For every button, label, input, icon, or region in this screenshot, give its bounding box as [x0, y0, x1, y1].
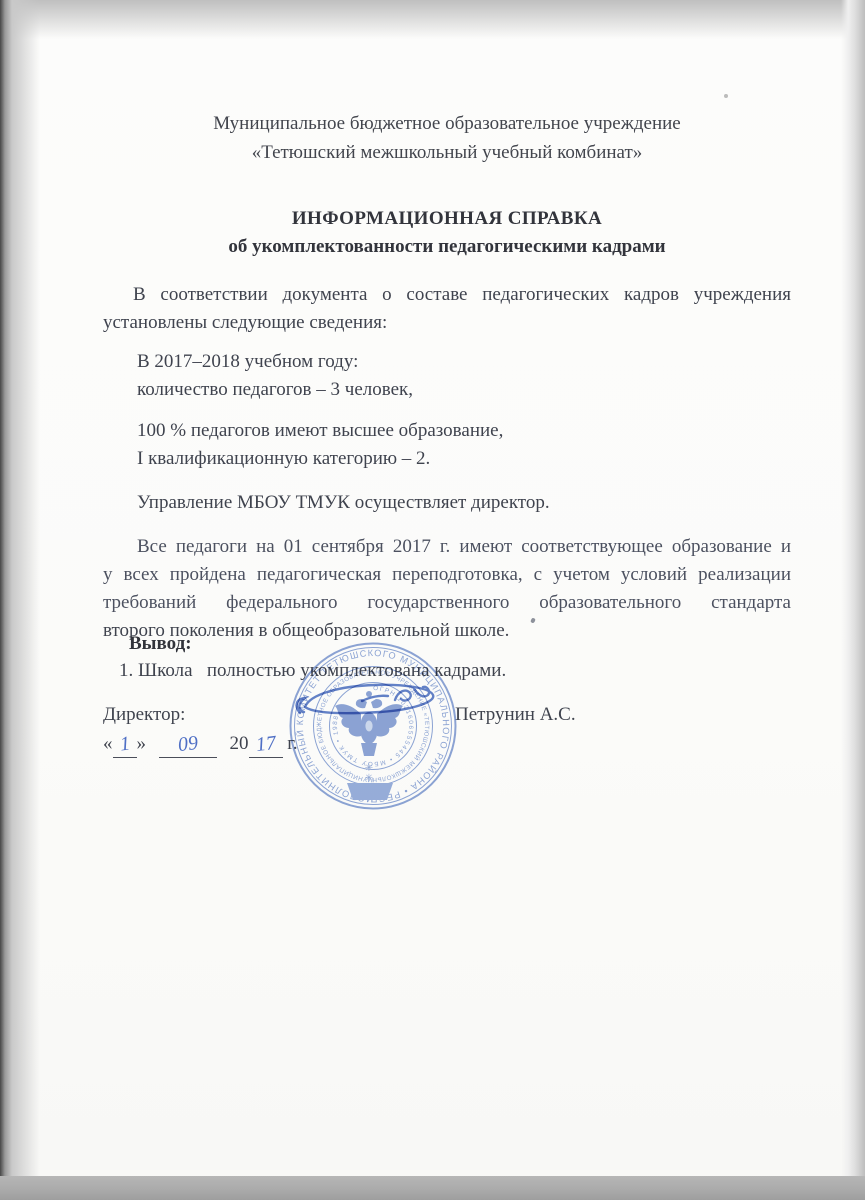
conclusion-label: Вывод: [103, 630, 817, 658]
scan-speck [724, 94, 728, 98]
management-line: Управление МБОУ ТМУК осуществляет директ… [103, 489, 825, 517]
paragraph-line-1: Все педагоги на 01 сентября 2017 г. имею… [103, 533, 791, 561]
open-quote: « [103, 733, 113, 754]
seal-star-mark-2: ✳ [365, 773, 373, 784]
scan-edge-left [0, 0, 42, 1200]
teacher-count-line: количество педагогов – 3 человек, [103, 376, 825, 404]
handwritten-month: 09 [176, 732, 199, 756]
date-day-slot: 1 [113, 733, 137, 758]
scan-edge-top [0, 0, 865, 46]
director-label: Директор: [103, 704, 185, 725]
date-year-slot: 17 [249, 733, 283, 758]
org-name-line2: «Тетюшский межшкольный учебный комбинат» [103, 139, 791, 167]
paragraph-line-2: у всех пройдена педагогическая переподго… [103, 561, 791, 589]
seal-banner-shape [347, 783, 393, 800]
year-prefix: 20 [230, 733, 249, 754]
doc-title: ИНФОРМАЦИОННАЯ СПРАВКА [103, 205, 791, 233]
handwritten-year: 17 [254, 732, 277, 756]
qualification-category-line: I квалификационную категорию – 2. [103, 445, 825, 473]
director-name: Петрунин А.С. [455, 701, 576, 729]
intro-line-1: В соответствии документа о составе педаг… [103, 281, 791, 309]
org-name-line1: Муниципальное бюджетное образовательное … [103, 110, 791, 138]
date-month-slot: 09 [159, 733, 217, 758]
scan-edge-right [841, 0, 865, 1200]
paragraph-line-3: требований федерального государственного… [103, 589, 791, 617]
scan-edge-bottom [0, 1176, 865, 1200]
close-quote: » [137, 733, 147, 754]
doc-subtitle: об укомплектованности педагогическими ка… [103, 233, 791, 261]
intro-line-2: установлены следующие сведения: [103, 309, 791, 337]
handwritten-day: 1 [118, 732, 131, 755]
school-year-line: В 2017–2018 учебном году: [103, 348, 825, 376]
higher-education-line: 100 % педагогов имеют высшее образование… [103, 417, 825, 445]
scanned-document-page: Муниципальное бюджетное образовательное … [0, 0, 865, 1200]
director-signature [280, 660, 460, 740]
